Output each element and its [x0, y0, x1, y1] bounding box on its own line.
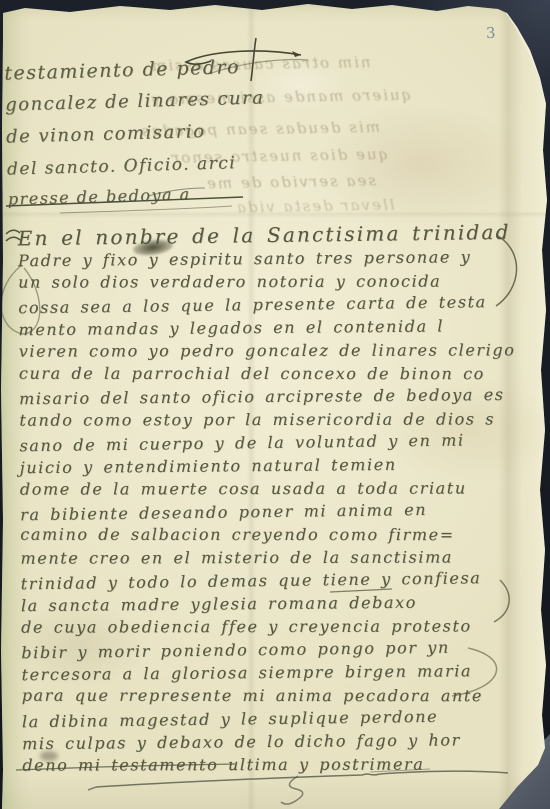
manuscript-line: mento mandas y legados en el contenida l — [18, 314, 523, 341]
manuscript-line: cura de la parrochial del concexo de bin… — [19, 362, 524, 385]
manuscript-line: Padre y fixo y espiritu santo tres perso… — [18, 245, 523, 272]
manuscript-line: la sancta madre yglesia romana debaxo — [21, 590, 526, 617]
manuscript-line: juicio y entendimiento natural temien — [20, 452, 525, 479]
manuscript-scan: 3 nim otras causas assimquiero mande ass… — [0, 0, 550, 809]
manuscript-body: En el nonbre de la Sanctisima trinidadPa… — [18, 222, 528, 778]
manuscript-line: vieren como yo pedro goncalez de linares… — [19, 338, 524, 362]
corner-fold-edge — [507, 13, 546, 104]
ink-smudge — [40, 751, 58, 761]
manuscript-line: misario del santo oficio arcipreste de b… — [19, 383, 524, 410]
paper-sheet: 3 nim otras causas assimquiero mande ass… — [0, 0, 550, 809]
manuscript-line: mis culpas y debaxo de lo dicho fago y h… — [22, 728, 527, 755]
header-note-line: presse de bedoya a — [7, 178, 268, 213]
manuscript-line: tercesora a la gloriosa siempre birgen m… — [21, 659, 526, 686]
manuscript-line: camino de salbacion creyendo como firme= — [20, 523, 525, 546]
header-note: testamiento de pedrogoncalez de linares … — [4, 50, 268, 213]
manuscript-line: deno mi testamento ultima y postrimera — [22, 752, 527, 776]
page-number: 3 — [486, 24, 496, 42]
